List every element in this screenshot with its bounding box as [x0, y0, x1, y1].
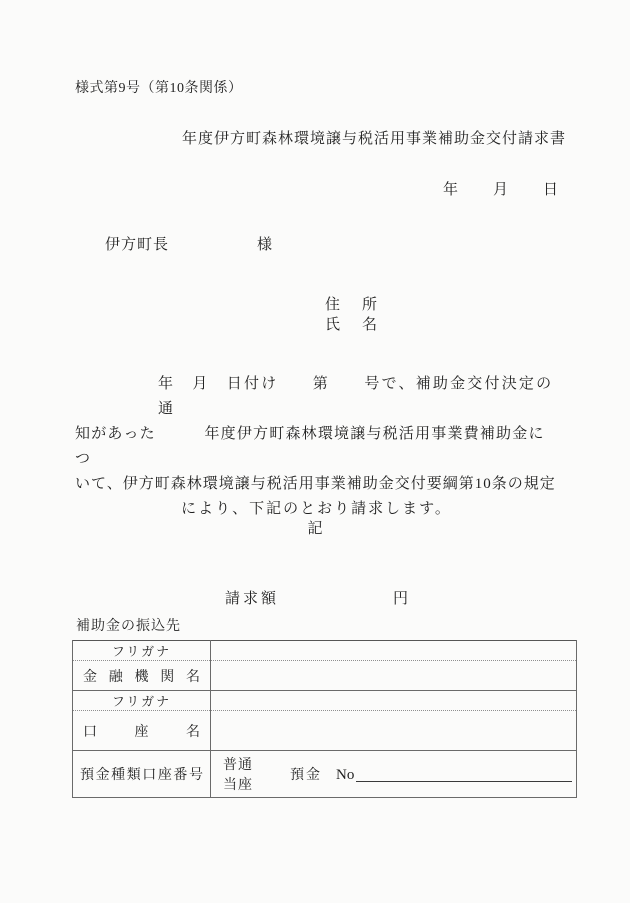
account-name-char-1: 口 — [83, 721, 97, 741]
date-year-label: 年 — [443, 178, 458, 199]
sender-block: 住 所 氏 名 — [325, 295, 377, 335]
bank-name-label: 金 融 機 関 名 — [73, 661, 211, 691]
address-char-2: 所 — [362, 295, 377, 315]
deposit-kind-char-8: 号 — [189, 764, 203, 784]
claim-line: 請求額 円 — [225, 587, 408, 608]
sender-name-label: 氏 名 — [325, 315, 377, 335]
deposit-kind-char-4: 類 — [127, 764, 141, 784]
deposit-detail-cell: 普通 当座 預金 No — [211, 751, 577, 798]
bank-account-table: フリガナ 金 融 機 関 名 フリガナ — [72, 640, 577, 798]
deposit-kind-char-7: 番 — [173, 764, 187, 784]
body-line-3: いて、伊方町森林環境譲与税活用事業補助金交付要綱第10条の規定 — [75, 472, 558, 497]
account-name-char-2: 座 — [135, 721, 149, 741]
account-type-ordinary: 普通 — [223, 754, 253, 774]
deposit-kind-char-1: 預 — [80, 764, 94, 784]
account-type-options: 普通 当座 — [223, 751, 253, 797]
transfer-destination-caption: 補助金の振込先 — [76, 615, 181, 635]
bank-name-row: 金 融 機 関 名 — [73, 661, 577, 691]
account-name-char-3: 名 — [186, 721, 200, 741]
account-type-current: 当座 — [223, 774, 253, 794]
body-line-1: 年 月 日付け 第 号で、補助金交付決定の通 — [75, 372, 558, 422]
claim-unit-yen: 円 — [393, 587, 408, 608]
bank-name-char-5: 名 — [186, 666, 200, 686]
document-title: 年度伊方町森林環境譲与税活用事業補助金交付請求書 — [182, 127, 566, 148]
addressee-line: 伊方町長 様 — [105, 233, 272, 254]
bank-name-char-1: 金 — [83, 666, 97, 686]
account-furigana-field — [211, 691, 577, 711]
deposit-kind-char-6: 座 — [158, 764, 172, 784]
bank-name-char-2: 融 — [109, 666, 123, 686]
account-name-row: 口 座 名 — [73, 711, 577, 751]
bank-name-field — [211, 661, 577, 691]
name-char-2: 名 — [362, 315, 377, 335]
date-month-label: 月 — [493, 178, 508, 199]
addressee-name: 伊方町長 — [105, 233, 169, 254]
date-day-label: 日 — [543, 178, 558, 199]
form-number: 様式第9号（第10条関係） — [75, 77, 243, 97]
addressee-honorific: 様 — [257, 233, 272, 254]
account-furigana-row: フリガナ — [73, 691, 577, 711]
address-char-1: 住 — [325, 295, 340, 315]
body-paragraph: 年 月 日付け 第 号で、補助金交付決定の通 知があった 年度伊方町森林環境譲与… — [75, 372, 558, 522]
bank-furigana-label: フリガナ — [73, 641, 211, 661]
bank-furigana-field — [211, 641, 577, 661]
bank-name-char-3: 機 — [135, 666, 149, 686]
account-name-label: 口 座 名 — [73, 711, 211, 751]
deposit-kind-char-3: 種 — [111, 764, 125, 784]
claim-amount-label: 請求額 — [225, 587, 279, 608]
record-mark: 記 — [8, 517, 622, 538]
date-line: 年 月 日 — [443, 178, 558, 199]
document-page: 様式第9号（第10条関係） 年度伊方町森林環境譲与税活用事業補助金交付請求書 年… — [0, 0, 630, 903]
account-furigana-label: フリガナ — [73, 691, 211, 711]
account-no-label: No — [336, 767, 354, 784]
bank-furigana-row: フリガナ — [73, 641, 577, 661]
deposit-kind-char-2: 金 — [96, 764, 110, 784]
sender-address-label: 住 所 — [325, 295, 377, 315]
deposit-number-line: 預金 No — [290, 764, 572, 784]
deposit-kind-row: 預 金 種 類 口 座 番 号 普通 当座 — [73, 751, 577, 798]
account-no-blank-line — [356, 781, 572, 782]
deposit-label: 預金 — [290, 764, 322, 784]
name-char-1: 氏 — [325, 315, 340, 335]
body-line-2: 知があった 年度伊方町森林環境譲与税活用事業費補助金につ — [75, 422, 558, 472]
deposit-kind-label: 預 金 種 類 口 座 番 号 — [73, 751, 211, 798]
bank-name-char-4: 関 — [160, 666, 174, 686]
deposit-kind-char-5: 口 — [142, 764, 156, 784]
account-name-field — [211, 711, 577, 751]
